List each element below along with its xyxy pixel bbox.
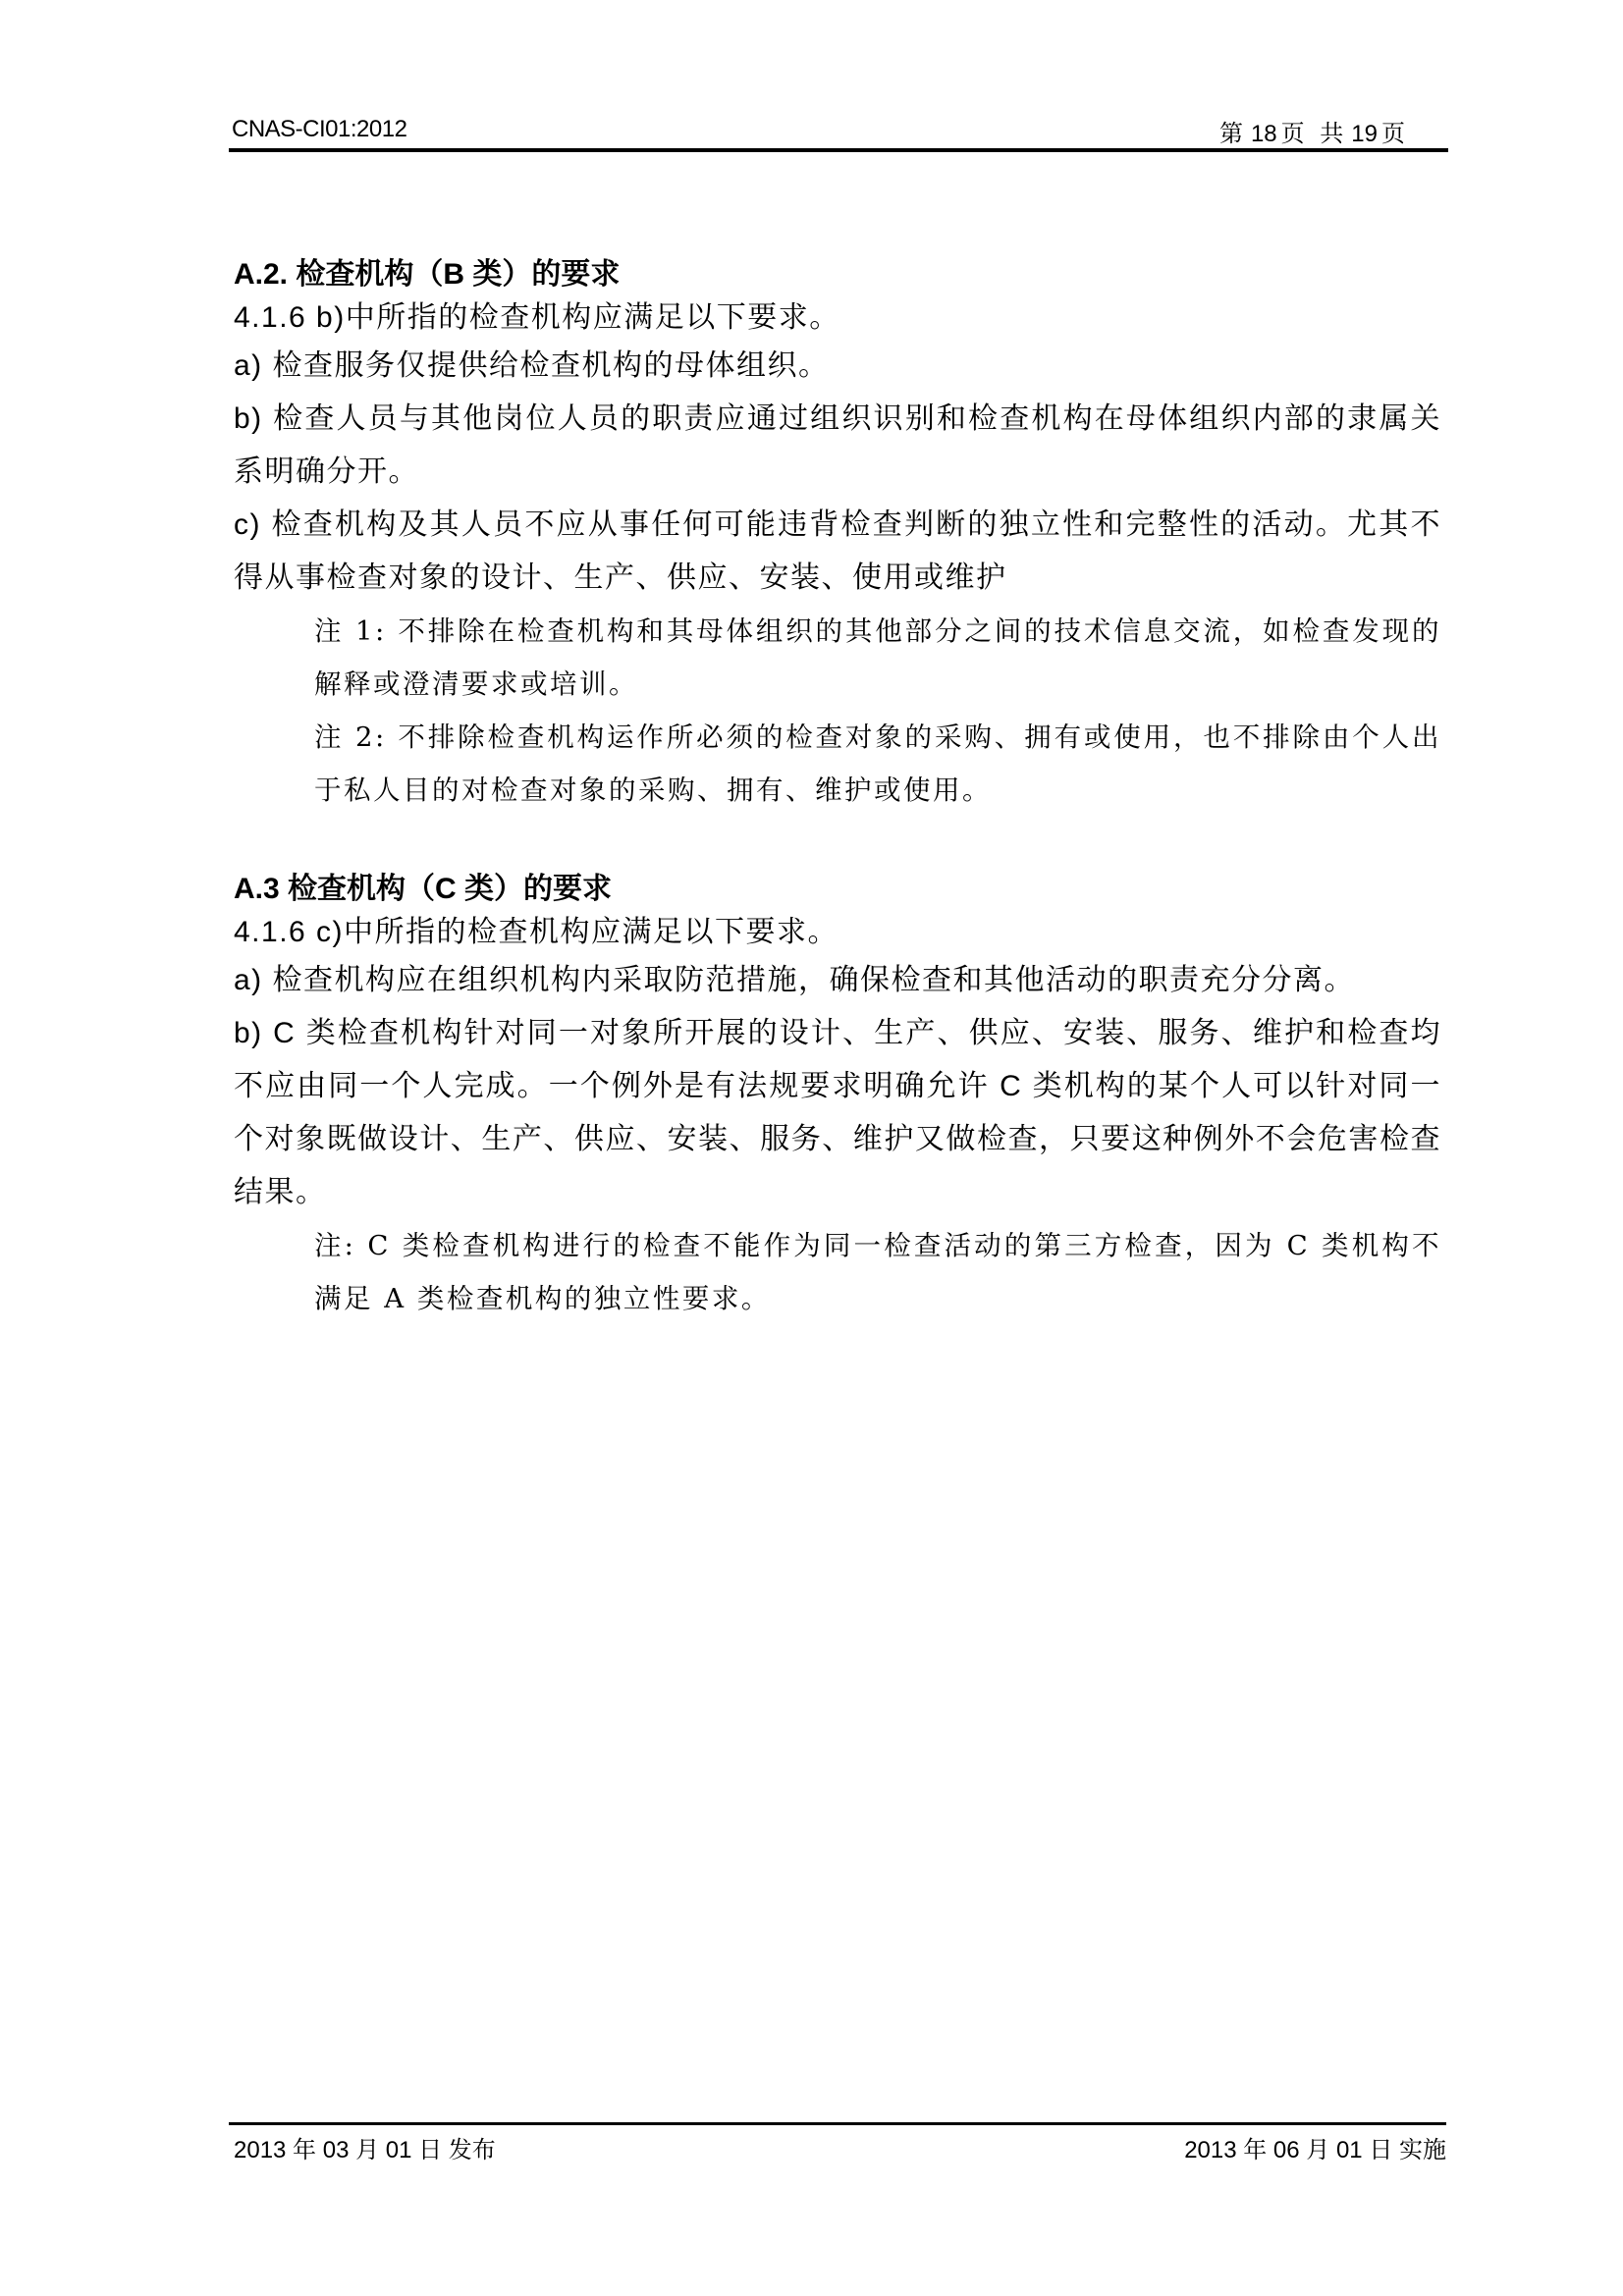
section-intro: 4.1.6 b)中所指的检查机构应满足以下要求。 <box>234 296 1441 340</box>
section-spacer <box>234 817 1441 868</box>
total-pages: 19 <box>1347 121 1381 147</box>
section-a3: A.3 检查机构（C 类）的要求 4.1.6 c)中所指的检查机构应满足以下要求… <box>234 868 1441 1325</box>
section-heading: A.3 检查机构（C 类）的要求 <box>234 868 1441 911</box>
effective-date: 2013 年 06 月 01 日 实施 <box>1184 2130 1446 2164</box>
section-heading: A.2. 检查机构（B 类）的要求 <box>234 253 1441 296</box>
note-1: 注 1: 不排除在检查机构和其母体组织的其他部分之间的技术信息交流，如检查发现的… <box>234 605 1441 711</box>
publish-date: 2013 年 03 月 01 日 发布 <box>234 2130 496 2164</box>
page-footer: 2013 年 03 月 01 日 发布 2013 年 06 月 01 日 实施 <box>234 2130 1446 2169</box>
note-2: 注 2: 不排除检查机构运作所必须的检查对象的采购、拥有或使用，也不排除由个人出… <box>234 711 1441 817</box>
requirement-item-a: a) 检查服务仅提供给检查机构的母体组织。 <box>234 340 1441 393</box>
note: 注: C 类检查机构进行的检查不能作为同一检查活动的第三方检查，因为 C 类机构… <box>234 1219 1441 1325</box>
page-prefix: 第 <box>1219 120 1247 147</box>
requirement-item-b: b) 检查人员与其他岗位人员的职责应通过组织识别和检查机构在母体组织内部的隶属关… <box>234 393 1441 499</box>
section-a2: A.2. 检查机构（B 类）的要求 4.1.6 b)中所指的检查机构应满足以下要… <box>234 253 1441 817</box>
page-suffix: 页 <box>1381 120 1409 147</box>
section-intro: 4.1.6 c)中所指的检查机构应满足以下要求。 <box>234 911 1441 954</box>
requirement-item-a: a) 检查机构应在组织机构内采取防范措施，确保检查和其他活动的职责充分分离。 <box>234 954 1441 1007</box>
footer-divider <box>229 2122 1446 2125</box>
requirement-item-c: c) 检查机构及其人员不应从事任何可能违背检查判断的独立性和完整性的活动。尤其不… <box>234 499 1441 605</box>
header-divider <box>229 148 1448 152</box>
document-code: CNAS-CI01:2012 <box>232 116 406 143</box>
page-number: 第18页 共19页 <box>1219 114 1409 148</box>
page-header: CNAS-CI01:2012 第18页 共19页 <box>229 114 1448 151</box>
current-page: 18 <box>1247 121 1281 147</box>
requirement-item-b: b) C 类检查机构针对同一对象所开展的设计、生产、供应、安装、服务、维护和检查… <box>234 1007 1441 1219</box>
page-mid: 页 共 <box>1281 120 1348 147</box>
document-body: A.2. 检查机构（B 类）的要求 4.1.6 b)中所指的检查机构应满足以下要… <box>234 253 1441 1325</box>
